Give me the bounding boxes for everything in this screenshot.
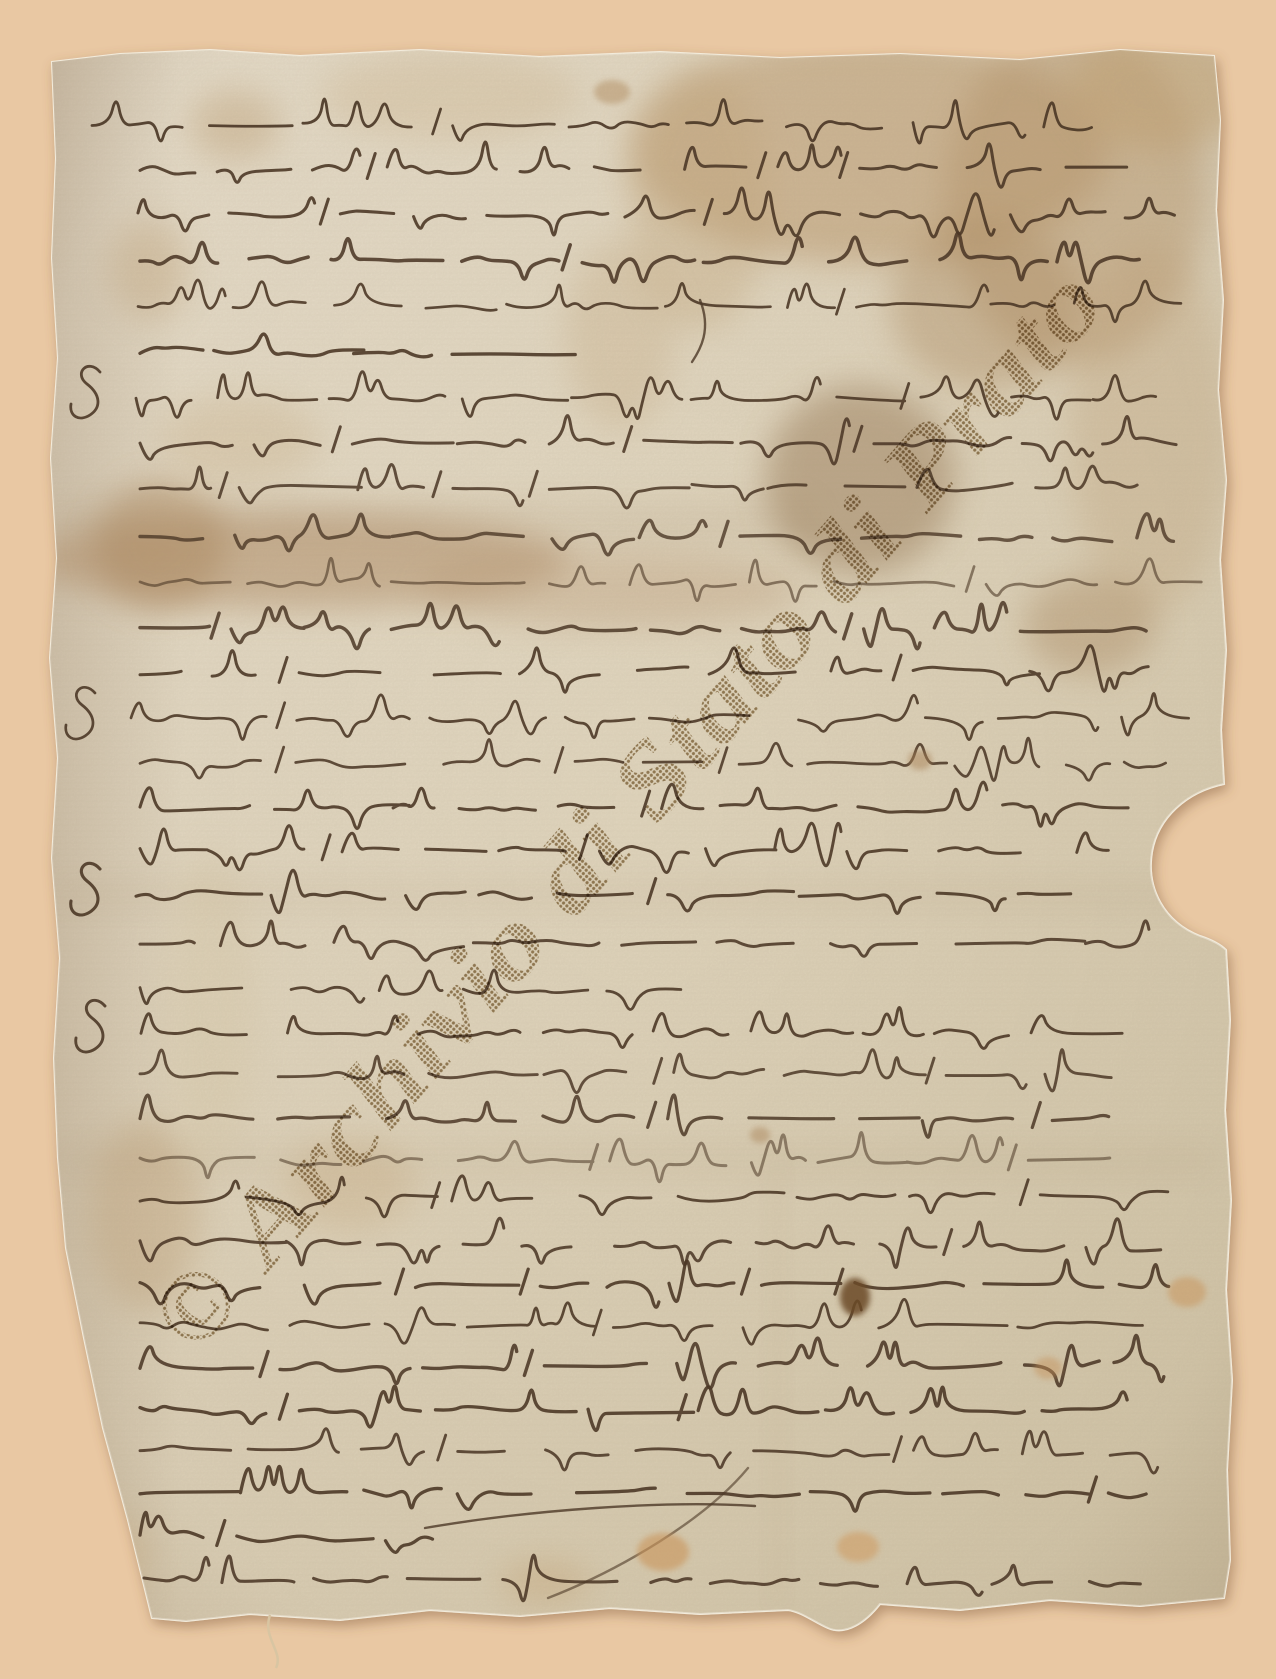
- paper-fiber: [268, 1615, 278, 1668]
- scan-background: { "document": { "background_color": "#e9…: [0, 0, 1276, 1679]
- manuscript-scan: © Archivio di Stato di Prato: [0, 0, 1276, 1679]
